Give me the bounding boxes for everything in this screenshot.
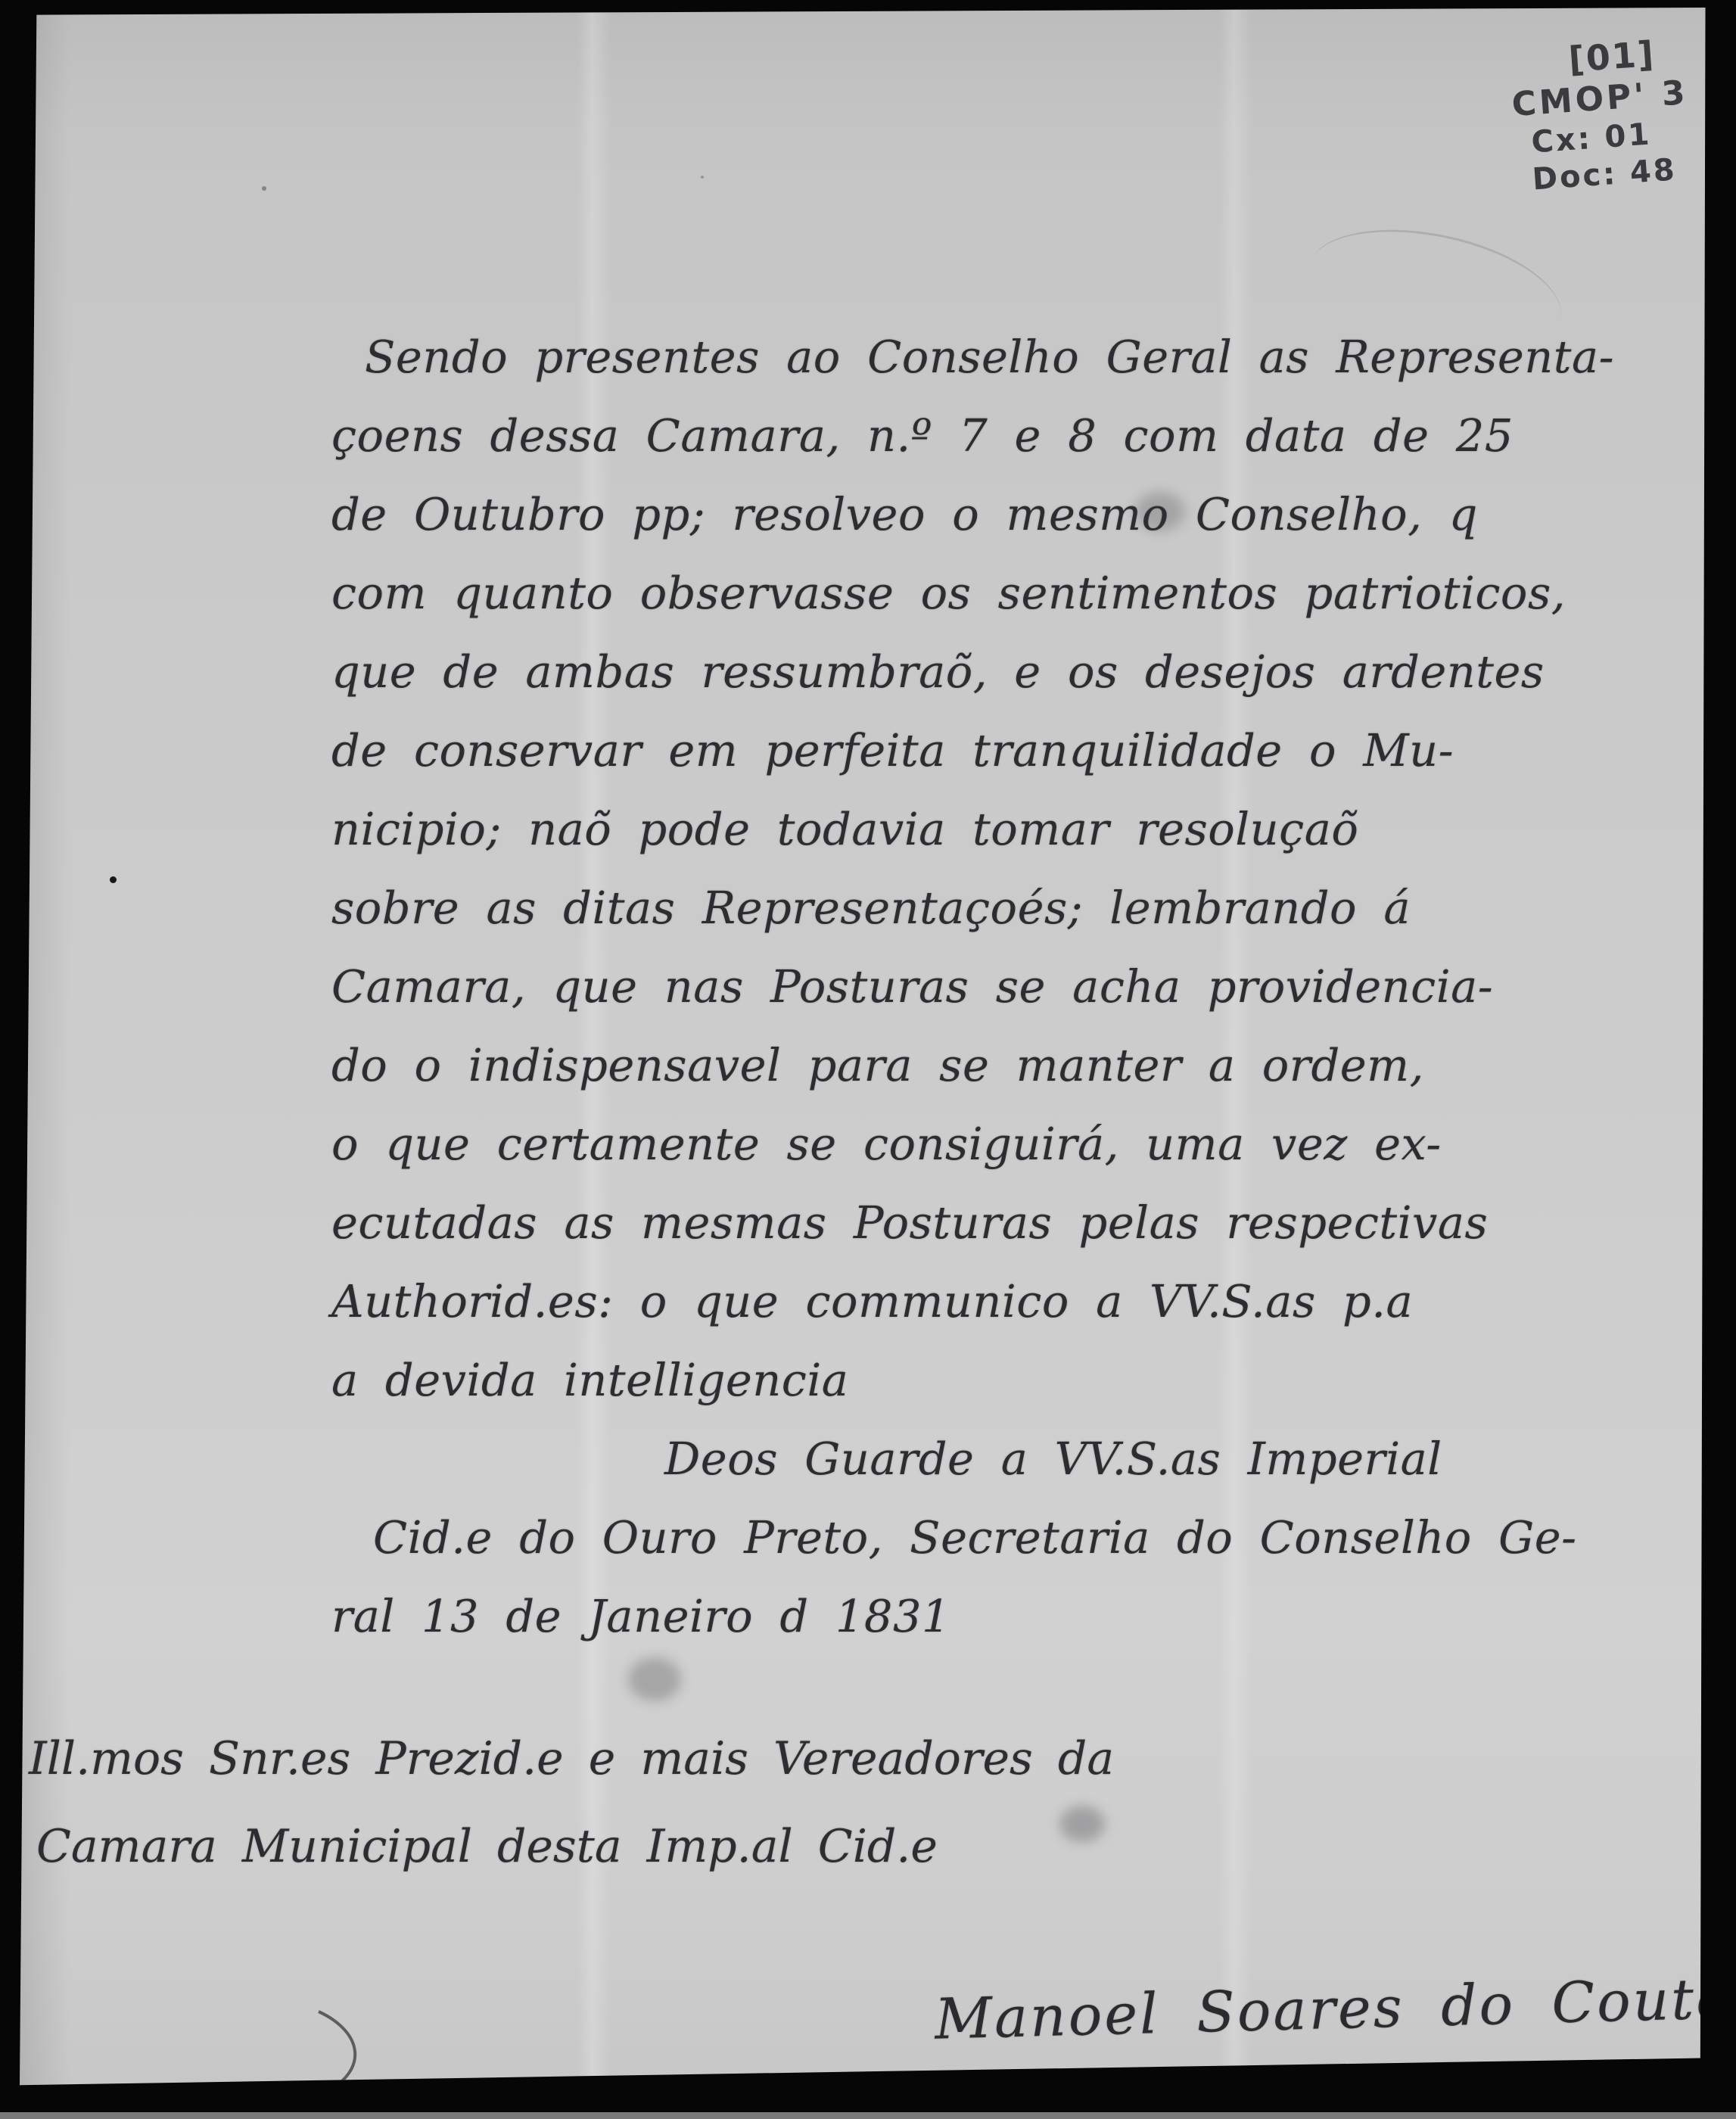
address-line: Camara Municipal desta Imp.al Cid.e	[29, 1803, 1114, 1890]
letter-body: Sendo presentes ao Conselho Geral as Rep…	[331, 318, 1701, 1656]
address-line: Ill.mos Snr.es Prezid.e e mais Vereadore…	[29, 1715, 1114, 1803]
letter-line: çoens dessa Camara, n.º 7 e 8 com data d…	[331, 397, 1701, 475]
letter-line: o que certamente se consiguirá, uma vez …	[331, 1105, 1701, 1184]
letter-line: de Outubro pp; resolveo o mesmo Conselho…	[331, 475, 1701, 554]
letter-line: Deos Guarde a VV.S.as Imperial	[331, 1420, 1701, 1498]
ink-smudge	[1059, 1806, 1105, 1842]
letter-line: ral 13 de Janeiro d 1831	[331, 1577, 1701, 1656]
paper-speck	[701, 176, 704, 179]
letter-line: Camara, que nas Posturas se acha provide…	[331, 947, 1701, 1026]
letter-line: que de ambas ressumbraõ, e os desejos ar…	[331, 633, 1701, 711]
document-paper: [01] CMOP' 3 Cx: 01 Doc: 48 Sendo presen…	[20, 8, 1709, 2087]
letter-line: sobre as ditas Representaçoés; lembrando…	[331, 869, 1701, 947]
letter-line: com quanto observasse os sentimentos pat…	[331, 554, 1701, 633]
photo-bottom-strip	[0, 2112, 1736, 2119]
letter-line: Cid.e do Ouro Preto, Secretaria do Conse…	[331, 1498, 1701, 1577]
letter-line: ecutadas as mesmas Posturas pelas respec…	[331, 1184, 1701, 1262]
paper-speck	[262, 186, 266, 191]
ink-smudge	[628, 1657, 681, 1701]
pen-stroke-curve	[314, 2009, 378, 2099]
letter-line: a devida intelligencia	[331, 1341, 1701, 1420]
address-block: Ill.mos Snr.es Prezid.e e mais Vereadore…	[29, 1715, 1114, 1890]
letter-line: nicipio; naõ pode todavia tomar resoluça…	[331, 790, 1701, 869]
ink-smudge	[1135, 492, 1185, 531]
archive-stamp: [01] CMOP' 3 Cx: 01 Doc: 48	[1507, 30, 1694, 199]
scanned-document-photo: [01] CMOP' 3 Cx: 01 Doc: 48 Sendo presen…	[0, 0, 1736, 2119]
ink-dot-mark	[110, 876, 117, 883]
pen-stroke-mark	[314, 2009, 378, 2102]
letter-line: Authorid.es: o que communico a VV.S.as p…	[331, 1262, 1701, 1341]
letter-line: do o indispensavel para se manter a orde…	[331, 1026, 1701, 1105]
signature: Manoel Soares do Couto	[934, 1966, 1733, 2052]
letter-line: de conservar em perfeita tranquilidade o…	[331, 711, 1701, 790]
